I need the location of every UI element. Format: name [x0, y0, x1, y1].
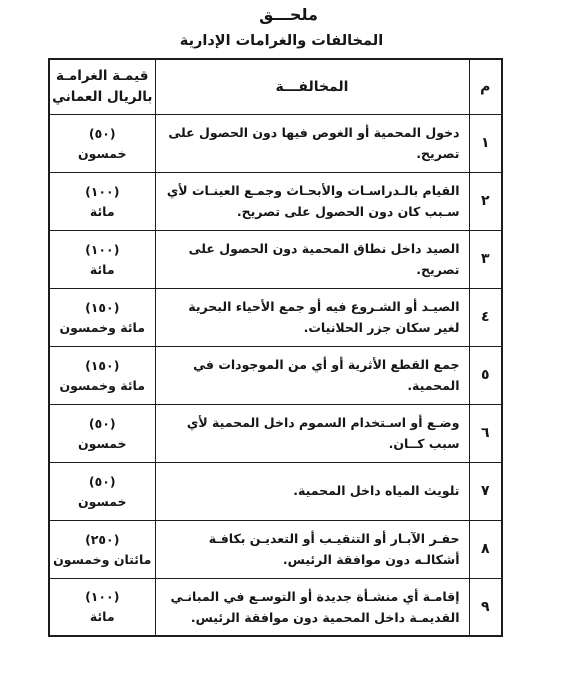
fine-cell: (١٠٠) مائة: [49, 172, 155, 230]
fine-words: خمسون: [52, 436, 153, 451]
row-number: ١: [469, 114, 502, 172]
violation-text: القيام بالـدراسـات والأبحـاث وجمـع العين…: [155, 172, 469, 230]
header-fine-line2: بالريال العماني: [52, 87, 153, 108]
row-number: ٢: [469, 172, 502, 230]
row-number: ٦: [469, 404, 502, 462]
fine-cell: (٢٥٠) مائتان وخمسون: [49, 520, 155, 578]
fine-words: مائة وخمسون: [52, 378, 153, 393]
violation-text: دخول المحمية أو الغوص فيها دون الحصول عل…: [155, 114, 469, 172]
table-row: ٥ جمع القطع الأثرية أو أي من الموجودات ف…: [49, 346, 502, 404]
row-number: ٩: [469, 578, 502, 636]
fine-amount: (٢٥٠): [52, 532, 153, 547]
table-row: ١ دخول المحمية أو الغوص فيها دون الحصول …: [49, 114, 502, 172]
violation-text: الصيد داخل نطاق المحمية دون الحصول على ت…: [155, 230, 469, 288]
header-fine: قيمـة الغرامـة بالريال العماني: [49, 59, 155, 114]
fine-cell: (٥٠) خمسون: [49, 114, 155, 172]
header-violation: المخالفـــة: [155, 59, 469, 114]
fine-amount: (١٥٠): [52, 300, 153, 315]
row-number: ٨: [469, 520, 502, 578]
violation-text: تلويث المياه داخل المحمية.: [155, 462, 469, 520]
fine-words: خمسون: [52, 146, 153, 161]
row-number: ٤: [469, 288, 502, 346]
header-fine-line1: قيمـة الغرامـة: [52, 66, 153, 87]
violation-text: إقامـة أي منشـأة جديدة أو التوسـع في الم…: [155, 578, 469, 636]
document-page: ملحـــق المخالفات والغرامات الإدارية م ا…: [0, 0, 563, 675]
table-row: ٨ حفـر الآبـار أو التنقيـب أو التعديـن ب…: [49, 520, 502, 578]
fine-amount: (١٥٠): [52, 358, 153, 373]
table-row: ٦ وضـع أو اسـتخدام السموم داخل المحمية ل…: [49, 404, 502, 462]
table-row: ٧ تلويث المياه داخل المحمية. (٥٠) خمسون: [49, 462, 502, 520]
fines-table: م المخالفـــة قيمـة الغرامـة بالريال الع…: [48, 58, 503, 637]
fine-cell: (١٠٠) مائة: [49, 230, 155, 288]
table-row: ٤ الصيـد أو الشـروع فيه أو جمع الأحياء ا…: [49, 288, 502, 346]
row-number: ٧: [469, 462, 502, 520]
fine-words: مائة وخمسون: [52, 320, 153, 335]
violation-text: الصيـد أو الشـروع فيه أو جمع الأحياء الب…: [155, 288, 469, 346]
table-row: ٩ إقامـة أي منشـأة جديدة أو التوسـع في ا…: [49, 578, 502, 636]
fine-amount: (١٠٠): [52, 242, 153, 257]
fine-cell: (٥٠) خمسون: [49, 404, 155, 462]
table-header-row: م المخالفـــة قيمـة الغرامـة بالريال الع…: [49, 59, 502, 114]
fine-amount: (٥٠): [52, 416, 153, 431]
fine-words: مائة: [52, 609, 153, 624]
fine-cell: (١٠٠) مائة: [49, 578, 155, 636]
page-subtitle: المخالفات والغرامات الإدارية: [0, 33, 563, 49]
table-row: ٢ القيام بالـدراسـات والأبحـاث وجمـع الع…: [49, 172, 502, 230]
row-number: ٥: [469, 346, 502, 404]
table-row: ٣ الصيد داخل نطاق المحمية دون الحصول على…: [49, 230, 502, 288]
violation-text: حفـر الآبـار أو التنقيـب أو التعديـن بكا…: [155, 520, 469, 578]
fine-cell: (١٥٠) مائة وخمسون: [49, 346, 155, 404]
row-number: ٣: [469, 230, 502, 288]
fine-words: مائتان وخمسون: [52, 552, 153, 567]
fine-words: مائة: [52, 204, 153, 219]
fine-amount: (١٠٠): [52, 589, 153, 604]
fine-amount: (١٠٠): [52, 184, 153, 199]
fine-words: مائة: [52, 262, 153, 277]
fine-cell: (٥٠) خمسون: [49, 462, 155, 520]
fine-amount: (٥٠): [52, 126, 153, 141]
violation-text: جمع القطع الأثرية أو أي من الموجودات في …: [155, 346, 469, 404]
header-number: م: [469, 59, 502, 114]
violation-text: وضـع أو اسـتخدام السموم داخل المحمية لأي…: [155, 404, 469, 462]
fine-words: خمسون: [52, 494, 153, 509]
page-title: ملحـــق: [0, 5, 563, 24]
fine-amount: (٥٠): [52, 474, 153, 489]
fine-cell: (١٥٠) مائة وخمسون: [49, 288, 155, 346]
